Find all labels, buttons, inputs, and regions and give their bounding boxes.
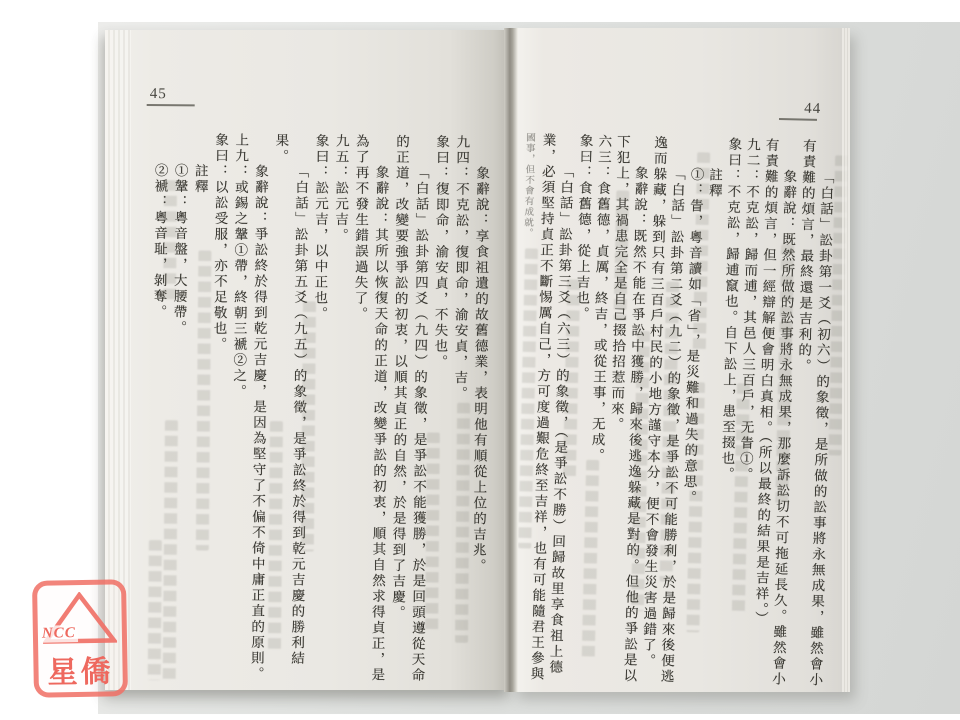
ncc-stamp: NCC 星僑 (32, 579, 128, 698)
page-44: 44 「白話」訟卦第一爻（初六）的象徵，是所做的訟事將永無成果，雖然會小有責難的… (513, 28, 850, 692)
page-44-content: 44 「白話」訟卦第一爻（初六）的象徵，是所做的訟事將永無成果，雖然會小有責難的… (498, 28, 850, 699)
ghost-text-bleedthrough (196, 250, 212, 550)
stamp-org-text: NCC (40, 625, 78, 642)
page-number: 44 (804, 101, 821, 118)
ghost-text-bleedthrough (268, 421, 283, 651)
book-spine-gutter (504, 28, 518, 692)
page-45-content: 45 象辭說：享食祖遺的故舊德業，表明他有順從上位的吉兆。九四：不克訟，復即命，… (100, 30, 511, 694)
stamp-name-text: 星僑 (38, 655, 123, 689)
page-number: 45 (150, 86, 167, 103)
ghost-text-bleedthrough (163, 420, 178, 680)
ghost-text-bleedthrough (301, 301, 316, 551)
ghost-text-bleedthrough (148, 540, 162, 680)
ghost-text-bleedthrough (425, 432, 440, 632)
page-number-rule (779, 118, 817, 121)
page-45: 45 象辭說：享食祖遺的故舊德業，表明他有順從上位的吉兆。九四：不克訟，復即命，… (105, 30, 510, 690)
ghost-text-bleedthrough (455, 403, 470, 643)
page-number-rule (147, 104, 195, 106)
ghost-text-bleedthrough (163, 180, 177, 300)
